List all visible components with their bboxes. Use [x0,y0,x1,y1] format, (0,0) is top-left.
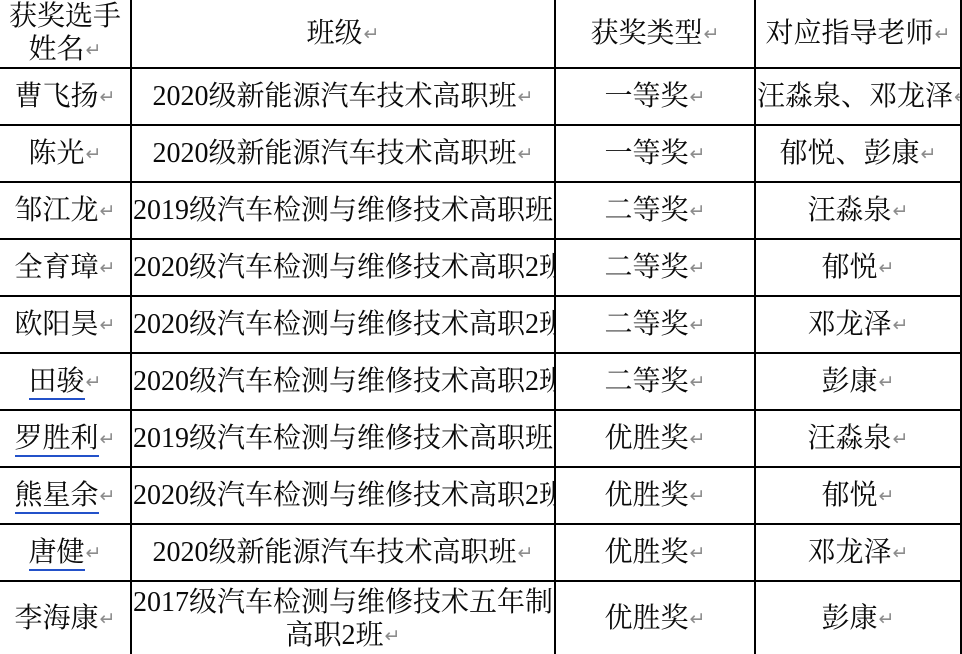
class-text: 2019级汽车检测与维修技术高职班 [133,195,553,226]
winner-name: 田骏 [29,366,85,400]
teacher-text: 邓龙泽 [808,537,892,568]
table-row: 熊星余↵ 2020级汽车检测与维修技术高职2班↵ 优胜奖↵ 郁悦↵ [0,467,961,524]
paragraph-mark: ↵ [879,371,895,393]
winner-name-cell: 曹飞扬↵ [0,68,131,125]
award-cell: 一等奖↵ [555,68,755,125]
paragraph-mark: ↵ [690,257,706,279]
table-row: 欧阳昊↵ 2020级汽车检测与维修技术高职2班↵ 二等奖↵ 邓龙泽↵ [0,296,961,353]
header-cell-class: 班级↵ [131,0,555,68]
award-cell: 二等奖↵ [555,239,755,296]
award-text: 二等奖 [605,252,689,283]
paragraph-mark: ↵ [879,485,895,507]
teacher-cell: 汪淼泉、邓龙泽↵ [755,68,961,125]
winner-name: 唐健 [29,537,85,571]
paragraph-mark: ↵ [690,143,706,165]
paragraph-mark: ↵ [893,314,909,336]
teacher-text: 汪淼泉、邓龙泽 [757,81,953,112]
paragraph-mark: ↵ [518,542,534,564]
award-text: 二等奖 [605,195,689,226]
award-cell: 一等奖↵ [555,125,755,182]
class-text: 2019级汽车检测与维修技术高职班 [133,423,553,454]
teacher-text: 邓龙泽 [808,309,892,340]
teacher-text: 彭康 [822,366,878,397]
class-text: 2020级汽车检测与维修技术高职2班 [133,309,555,340]
winner-name-cell: 邹江龙↵ [0,182,131,239]
award-cell: 优胜奖↵ [555,467,755,524]
winner-name-cell: 熊星余↵ [0,467,131,524]
class-text: 2020级汽车检测与维修技术高职2班 [133,366,555,397]
class-cell: 2020级汽车检测与维修技术高职2班↵ [131,353,555,410]
award-cell: 二等奖↵ [555,353,755,410]
teacher-text: 彭康 [822,603,878,634]
teacher-cell: 彭康↵ [755,353,961,410]
award-cell: 优胜奖↵ [555,524,755,581]
teacher-cell: 邓龙泽↵ [755,524,961,581]
table-row: 田骏↵ 2020级汽车检测与维修技术高职2班↵ 二等奖↵ 彭康↵ [0,353,961,410]
winner-name: 邹江龙 [15,195,99,226]
class-text: 2017级汽车检测与维修技术五年制高职2班 [133,587,553,651]
winner-name: 陈光 [29,138,85,169]
teacher-text: 郁悦 [822,252,878,283]
winner-name: 熊星余 [15,480,99,514]
paragraph-mark: ↵ [893,542,909,564]
paragraph-mark: ↵ [100,314,116,336]
paragraph-mark: ↵ [364,23,380,45]
award-text: 优胜奖 [605,423,689,454]
paragraph-mark: ↵ [690,542,706,564]
table-row: 陈光↵ 2020级新能源汽车技术高职班↵ 一等奖↵ 郁悦、彭康↵ [0,125,961,182]
teacher-cell: 汪淼泉↵ [755,410,961,467]
teacher-cell: 郁悦、彭康↵ [755,125,961,182]
header-label-winner-name: 获奖选手姓名 [9,1,121,65]
winner-name-cell: 田骏↵ [0,353,131,410]
paragraph-mark: ↵ [893,200,909,222]
class-text: 2020级汽车检测与维修技术高职2班 [133,480,555,511]
award-text: 优胜奖 [605,480,689,511]
paragraph-mark: ↵ [690,608,706,630]
paragraph-mark: ↵ [100,257,116,279]
awards-table: 获奖选手姓名↵ 班级↵ 获奖类型↵ 对应指导老师↵ 曹飞扬↵ 2020级新能源汽… [0,0,962,654]
paragraph-mark: ↵ [954,86,961,108]
header-cell-winner-name: 获奖选手姓名↵ [0,0,131,68]
paragraph-mark: ↵ [86,143,102,165]
paragraph-mark: ↵ [690,485,706,507]
header-label-class: 班级 [307,18,363,49]
teacher-text: 汪淼泉 [808,423,892,454]
paragraph-mark: ↵ [100,485,116,507]
header-row: 获奖选手姓名↵ 班级↵ 获奖类型↵ 对应指导老师↵ [0,0,961,68]
winner-name-cell: 全育璋↵ [0,239,131,296]
paragraph-mark: ↵ [690,428,706,450]
class-cell: 2017级汽车检测与维修技术五年制高职2班↵ [131,581,555,654]
paragraph-mark: ↵ [879,257,895,279]
class-cell: 2020级汽车检测与维修技术高职2班↵ [131,296,555,353]
winner-name: 欧阳昊 [15,309,99,340]
award-text: 二等奖 [605,309,689,340]
header-cell-award-type: 获奖类型↵ [555,0,755,68]
teacher-cell: 郁悦↵ [755,467,961,524]
paragraph-mark: ↵ [86,371,102,393]
paragraph-mark: ↵ [935,23,951,45]
award-text: 优胜奖 [605,603,689,634]
paragraph-mark: ↵ [690,314,706,336]
class-cell: 2019级汽车检测与维修技术高职班↵ [131,410,555,467]
paragraph-mark: ↵ [100,86,116,108]
paragraph-mark: ↵ [893,428,909,450]
paragraph-mark: ↵ [100,200,116,222]
teacher-cell: 郁悦↵ [755,239,961,296]
teacher-text: 郁悦 [822,480,878,511]
paragraph-mark: ↵ [100,608,116,630]
winner-name-cell: 陈光↵ [0,125,131,182]
class-cell: 2020级新能源汽车技术高职班↵ [131,68,555,125]
winner-name: 曹飞扬 [15,81,99,112]
table-row: 曹飞扬↵ 2020级新能源汽车技术高职班↵ 一等奖↵ 汪淼泉、邓龙泽↵ [0,68,961,125]
paragraph-mark: ↵ [86,542,102,564]
class-text: 2020级新能源汽车技术高职班 [153,81,517,112]
class-text: 2020级新能源汽车技术高职班 [153,537,517,568]
winner-name: 全育璋 [15,252,99,283]
table-row: 全育璋↵ 2020级汽车检测与维修技术高职2班↵ 二等奖↵ 郁悦↵ [0,239,961,296]
class-cell: 2020级汽车检测与维修技术高职2班↵ [131,239,555,296]
winner-name-cell: 欧阳昊↵ [0,296,131,353]
table-row: 李海康↵ 2017级汽车检测与维修技术五年制高职2班↵ 优胜奖↵ 彭康↵ [0,581,961,654]
award-text: 二等奖 [605,366,689,397]
class-cell: 2020级新能源汽车技术高职班↵ [131,125,555,182]
award-cell: 优胜奖↵ [555,410,755,467]
paragraph-mark: ↵ [690,200,706,222]
paragraph-mark: ↵ [690,371,706,393]
table-row: 邹江龙↵ 2019级汽车检测与维修技术高职班↵ 二等奖↵ 汪淼泉↵ [0,182,961,239]
class-text: 2020级新能源汽车技术高职班 [153,138,517,169]
teacher-cell: 汪淼泉↵ [755,182,961,239]
paragraph-mark: ↵ [100,428,116,450]
winner-name: 罗胜利 [15,423,99,457]
header-label-teacher: 对应指导老师 [766,18,934,49]
teacher-cell: 邓龙泽↵ [755,296,961,353]
paragraph-mark: ↵ [86,39,102,61]
teacher-text: 汪淼泉 [808,195,892,226]
winner-name-cell: 罗胜利↵ [0,410,131,467]
paragraph-mark: ↵ [704,23,720,45]
award-cell: 优胜奖↵ [555,581,755,654]
award-cell: 二等奖↵ [555,296,755,353]
paragraph-mark: ↵ [518,143,534,165]
winner-name-cell: 李海康↵ [0,581,131,654]
paragraph-mark: ↵ [518,86,534,108]
table-row: 罗胜利↵ 2019级汽车检测与维修技术高职班↵ 优胜奖↵ 汪淼泉↵ [0,410,961,467]
teacher-cell: 彭康↵ [755,581,961,654]
paragraph-mark: ↵ [879,608,895,630]
class-cell: 2020级汽车检测与维修技术高职2班↵ [131,467,555,524]
award-text: 优胜奖 [605,537,689,568]
class-cell: 2020级新能源汽车技术高职班↵ [131,524,555,581]
winner-name: 李海康 [15,603,99,634]
paragraph-mark: ↵ [385,625,401,647]
table-row: 唐健↵ 2020级新能源汽车技术高职班↵ 优胜奖↵ 邓龙泽↵ [0,524,961,581]
class-text: 2020级汽车检测与维修技术高职2班 [133,252,555,283]
award-text: 一等奖 [605,138,689,169]
award-text: 一等奖 [605,81,689,112]
header-label-award-type: 获奖类型 [591,18,703,49]
class-cell: 2019级汽车检测与维修技术高职班↵ [131,182,555,239]
paragraph-mark: ↵ [690,86,706,108]
teacher-text: 郁悦、彭康 [780,138,920,169]
document-page: 获奖选手姓名↵ 班级↵ 获奖类型↵ 对应指导老师↵ 曹飞扬↵ 2020级新能源汽… [0,0,962,654]
paragraph-mark: ↵ [921,143,937,165]
winner-name-cell: 唐健↵ [0,524,131,581]
header-cell-teacher: 对应指导老师↵ [755,0,961,68]
award-cell: 二等奖↵ [555,182,755,239]
